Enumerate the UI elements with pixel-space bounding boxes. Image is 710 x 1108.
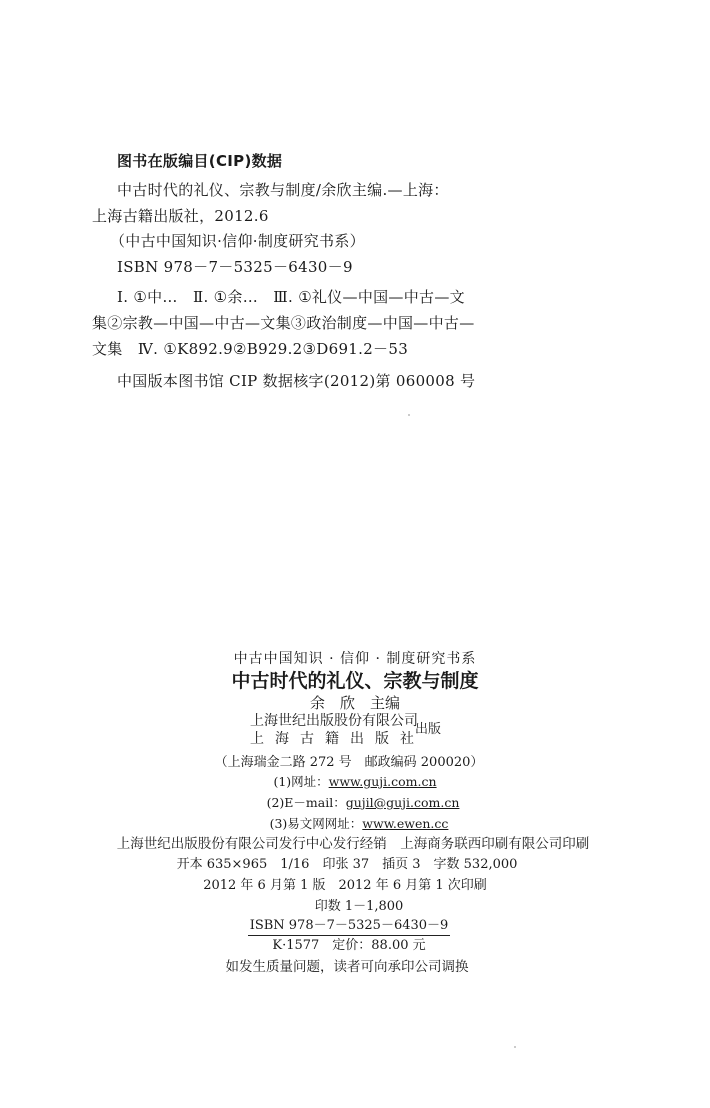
cip-line-subjects-1: Ⅰ. ①中… Ⅱ. ①余… Ⅲ. ①礼仪—中国—中古—文 [117,288,465,306]
cip-line-series: （中古中国知识·信仰·制度研究书系） [110,232,365,250]
cip-line-record-number: 中国版本图书馆 CIP 数据核字(2012)第 060008 号 [117,372,475,390]
isbn-line: ISBN 978－7－5325－6430－9 [0,914,704,933]
publisher-address: （上海瑞金二路 272 号 邮政编码 200020） [0,751,704,770]
publisher-press: 上海古籍出版社 [250,730,425,748]
edition-dates: 2012 年 6 月第 1 版 2012 年 6 月第 1 次印刷 [0,874,700,893]
ewen-link[interactable]: www.ewen.cc [362,816,448,831]
cip-line-classification: 文集 Ⅳ. ①K892.9②B929.2③D691.2－53 [92,340,408,358]
print-run: 印数 1－1,800 [4,895,710,914]
cip-line-publisher: 上海古籍出版社，2012.6 [92,207,269,225]
cip-heading: 图书在版编目(CIP)数据 [117,152,282,170]
format-specs: 开本 635×965 1/16 印张 37 插页 3 字数 532,000 [0,853,702,872]
book-title: 中古时代的礼仪、宗教与制度 [0,666,710,693]
cip-line-isbn: ISBN 978－7－5325－6430－9 [117,258,353,276]
website-label: (1)网址： [273,774,328,789]
publisher-suffix: 出版 [415,718,441,737]
ewen-label: (3)易文网网址： [270,816,363,831]
website-link[interactable]: www.guji.com.cn [329,774,437,789]
email-label: (2)E－mail： [267,795,346,810]
scan-speck [514,1046,516,1048]
distribution-printing: 上海世纪出版股份有限公司发行中心发行经销 上海商务联西印刷有限公司印刷 [0,832,708,852]
cip-line-subjects-2: 集②宗教—中国—中古—文集③政治制度—中国—中古— [92,314,475,332]
series-name: 中古中国知识 · 信仰 · 制度研究书系 [0,648,710,668]
publishers: 上海世纪出版股份有限公司 上海古籍出版社 [250,712,425,748]
price: K·1577 定价：88.00 元 [0,934,704,953]
copyright-page: 图书在版编目(CIP)数据 中古时代的礼仪、宗教与制度/余欣主编.—上海： 上海… [0,0,710,1108]
publisher-group: 上海世纪出版股份有限公司 [250,712,425,730]
website-line: (1)网址：www.guji.com.cn [0,772,710,790]
scan-speck [408,414,410,416]
email-link[interactable]: gujil@guji.com.cn [346,795,460,810]
email-line: (2)E－mail：gujil@guji.com.cn [8,793,710,811]
cip-line-title: 中古时代的礼仪、宗教与制度/余欣主编.—上海： [117,181,449,199]
quality-notice: 如发生质量问题，读者可向承印公司调换 [0,955,702,975]
editor: 余 欣 主编 [0,692,710,713]
ewen-line: (3)易文网网址：www.ewen.cc [4,814,710,832]
